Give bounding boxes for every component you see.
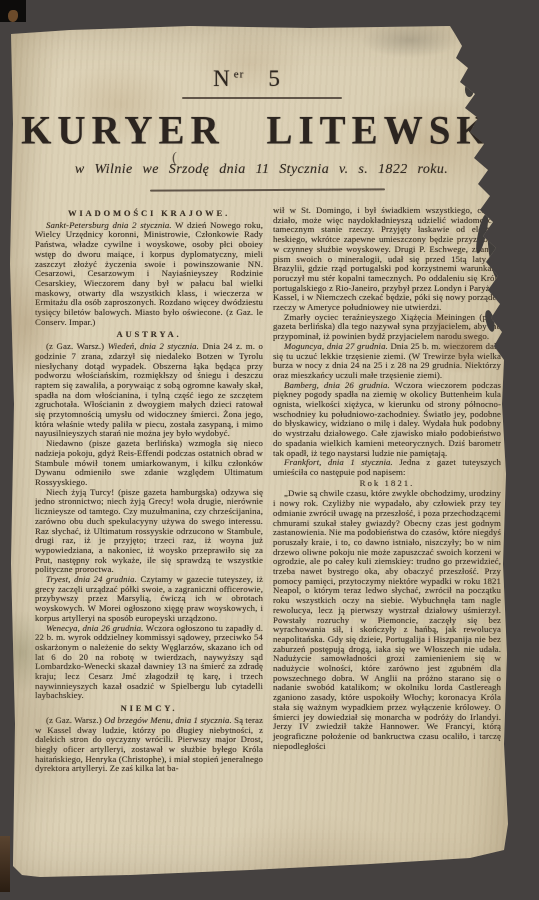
paragraph: Zmarły oyciec teraźnieyszego Xiążęcia Me… — [273, 313, 501, 342]
dateline-lead: Frankfort, dnia 1 stycznia. — [284, 457, 393, 467]
issue-number: Ner5 — [0, 66, 500, 92]
issue-prefix: N — [213, 66, 234, 91]
left-column: WIADOMOŚCI KRAJOWE.Sankt-Petersburg dnia… — [35, 206, 263, 868]
paragraph: Tryest, dnia 24 grudnia. Czytamy w gazec… — [35, 575, 263, 624]
newspaper-title: KURYER LITEWSKI — [16, 107, 519, 154]
issue-value: 5 — [268, 66, 284, 91]
dateline-lead: Sankt-Petersburg dnia 2 stycznia. — [46, 220, 172, 230]
paragraph: Sankt-Petersburg dnia 2 stycznia. W dzie… — [35, 221, 263, 328]
dateline-lead: Tryest, dnia 24 grudnia. — [46, 574, 137, 584]
right-column: wił w St. Domingo, i był świadkiem wszys… — [273, 206, 501, 868]
paragraph: Niech żyją Turcy! (pisze gazeta hamburgs… — [35, 488, 263, 575]
masthead-dateline: w Wilnie we Srzodę dnia 11 Stycznia v. s… — [10, 162, 513, 178]
masthead-rule-bottom — [150, 188, 385, 191]
paragraph: Wenecya, dnia 26 grudnia. Wczora ogłoszo… — [35, 624, 263, 702]
paragraph: Niedawno (pisze gazeta berlińska) wzmogł… — [35, 439, 263, 488]
paragraph: (z Gaz. Warsz.) Wiedeń, dnia 2 stycznia.… — [35, 342, 263, 439]
paragraph: „Dwie są chwile czasu, które zwykle obch… — [273, 489, 501, 751]
issue-superscript: er — [234, 68, 245, 80]
dateline-lead: Od brzegów Menu, dnia 1 stycznia. — [104, 715, 232, 725]
masthead-rule-top — [182, 97, 342, 99]
scan-background: Ner5 ( KURYER LITEWSKI w Wilnie we Srzod… — [0, 0, 539, 900]
newspaper-page: Ner5 ( KURYER LITEWSKI w Wilnie we Srzod… — [10, 24, 513, 880]
dateline-lead: Bamberg, dnia 26 grudnia. — [284, 380, 390, 390]
paragraph: wił w St. Domingo, i był świadkiem wszys… — [273, 206, 501, 313]
body-columns: WIADOMOŚCI KRAJOWE.Sankt-Petersburg dnia… — [35, 206, 501, 868]
paragraph: Moguncya, dnia 27 grudnia. Dnia 25 b. m.… — [273, 342, 501, 381]
section-heading: NIEMCY. — [35, 704, 263, 714]
paragraph: Frankfort, dnia 1 stycznia. Jedna z gaze… — [273, 458, 501, 477]
dateline-lead: Moguncya, dnia 27 grudnia. — [284, 341, 388, 351]
paragraph: Bamberg, dnia 26 grudnia. Wczora wieczor… — [273, 381, 501, 459]
binding-strip — [0, 836, 10, 892]
dateline-lead: Wiedeń, dnia 2 stycznia. — [108, 341, 199, 351]
dateline-lead: Wenecya, dnia 26 grudnia. — [46, 623, 143, 633]
section-heading: AUSTRYA. — [35, 330, 263, 340]
section-heading: WIADOMOŚCI KRAJOWE. — [35, 209, 263, 219]
centered-line: Rok 1821. — [273, 479, 501, 489]
paragraph: (z Gaz. Warsz.) Od brzegów Menu, dnia 1 … — [35, 716, 263, 774]
masthead: Ner5 ( KURYER LITEWSKI w Wilnie we Srzod… — [10, 66, 513, 191]
